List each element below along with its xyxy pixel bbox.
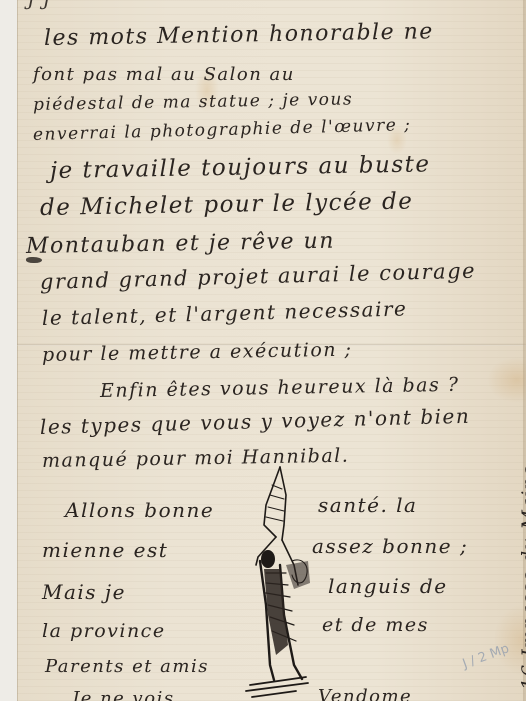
letter-line-right: Vendome: [318, 686, 412, 701]
letter-line-left: mienne est: [42, 538, 168, 562]
letter-line-right: languis de: [328, 574, 448, 598]
letter-line-left: la province: [42, 620, 166, 642]
letter-line-left: Parents et amis: [45, 656, 209, 677]
letter-line-right: et de mes: [322, 614, 429, 636]
figure-sketch-icon: [236, 465, 326, 701]
margin-address: 16 Impasse du Maine: [518, 464, 526, 690]
letter-line: j j: [28, 0, 51, 10]
letter-line-right: assez bonne ;: [312, 534, 468, 558]
letter-line-right: santé. la: [318, 493, 417, 517]
scanned-letter: j j les mots Mention honorable ne font p…: [0, 0, 526, 701]
letter-line: font pas mal au Salon au: [33, 64, 295, 85]
letter-line-left: Je ne vois: [72, 688, 175, 701]
letter-line-left: Mais je: [42, 580, 126, 604]
letter-line-left: Allons bonne: [65, 498, 214, 522]
